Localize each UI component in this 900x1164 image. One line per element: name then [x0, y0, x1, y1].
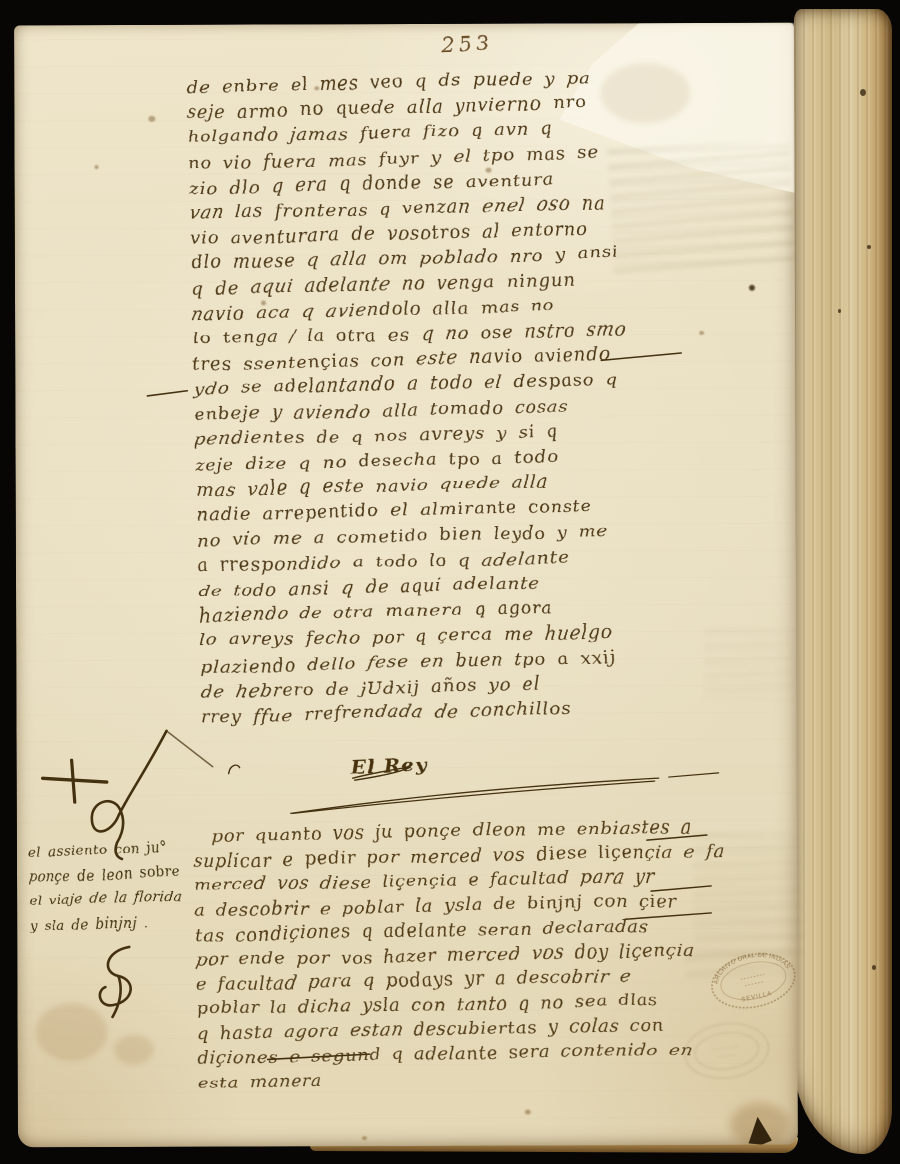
manuscript-scan: 253 de enbre el mes veo q ds puede y pas…	[0, 0, 900, 1164]
sweep-flourish	[291, 778, 659, 813]
margin-cross-icon	[72, 760, 75, 802]
edge-speck	[838, 309, 841, 313]
capitulacion-paragraph: por quanto vos ju ponçe dleon me enbiast…	[193, 815, 698, 1096]
ink-dash	[147, 391, 187, 396]
edge-speck	[872, 965, 876, 970]
pen-mark	[229, 765, 240, 773]
scan-background: { "document": { "folio_number": "253", "…	[0, 0, 900, 1164]
foxing-spot	[95, 165, 99, 169]
sweep-flourish	[669, 773, 719, 777]
foxing-spot	[362, 1136, 367, 1140]
foxing-spot	[525, 1110, 531, 1115]
margin-cross-icon	[43, 778, 107, 782]
folio-number: 253	[422, 30, 513, 57]
showthrough-text	[704, 629, 792, 701]
edge-speck	[867, 245, 871, 249]
rubric-flourish	[167, 731, 213, 767]
stain	[114, 1035, 154, 1065]
rubric-s	[100, 947, 131, 1017]
foxing-spot	[699, 331, 704, 335]
stamp-city-text: SEVILLA	[741, 991, 773, 1003]
book-fore-edge	[794, 9, 892, 1154]
foxing-spot	[148, 116, 155, 122]
manuscript-page: 253 de enbre el mes veo q ds puede y pas…	[14, 23, 798, 1148]
foxing-spot	[749, 285, 755, 291]
sweep-flourish	[293, 781, 655, 813]
stain	[35, 1003, 107, 1061]
royal-letter-paragraph: de enbre el mes veo q ds puede y paseje …	[186, 63, 706, 730]
margin-note: el assiento con ju°ponçe de leon sobreel…	[27, 834, 230, 939]
edge-speck	[860, 89, 866, 96]
heading-el-rey: El Rey	[350, 752, 428, 779]
